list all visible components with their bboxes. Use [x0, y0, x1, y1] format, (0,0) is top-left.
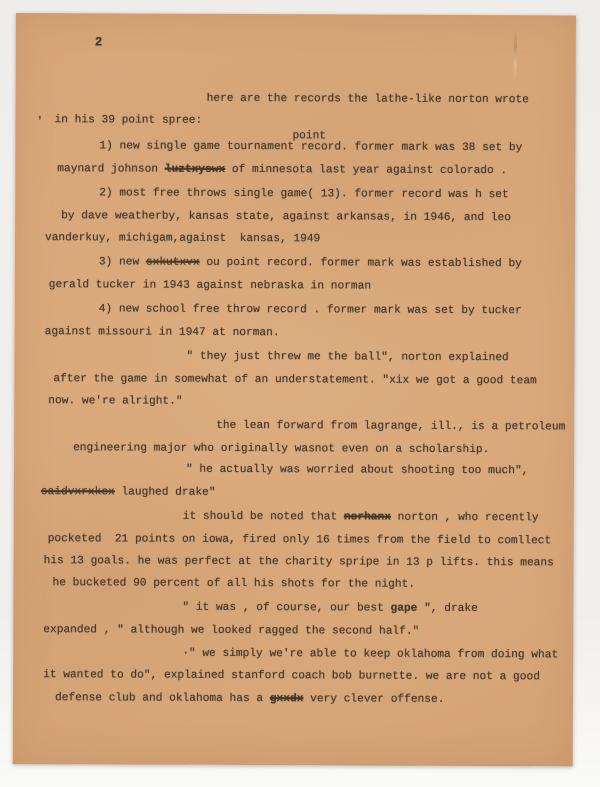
- struck-out-text: norhanx: [344, 511, 391, 523]
- typewritten-line: " they just threw me the ball", norton e…: [186, 351, 508, 364]
- typewritten-line: 3) new sxkutxvx ou point record. former …: [99, 256, 522, 270]
- text-segment: his 13 goals. he was perfect at the char…: [44, 555, 554, 569]
- typewritten-line: it should be noted that norhanx norton ,…: [183, 511, 539, 525]
- typewritten-line: it wanted to do", explained stanford coa…: [43, 669, 540, 683]
- typewritten-line: in his 39 point spree:: [55, 114, 203, 127]
- text-segment: the lean forward from lagrange, ill., is…: [216, 420, 565, 434]
- typewritten-line: maynard johnson luztxyswx of minnesota l…: [57, 163, 507, 177]
- typewritten-line: 2) most free throws single game( 13). fo…: [99, 187, 509, 201]
- typewritten-line: expanded , " although we looked ragged t…: [43, 624, 419, 638]
- struck-out-text: saidvxrxkex: [41, 486, 115, 498]
- text-segment: now. we're alright.": [48, 395, 182, 408]
- text-segment: pocketed 21 points on iowa, fired only 1…: [48, 533, 552, 547]
- struck-out-text: luztxyswx: [165, 164, 225, 176]
- typewritten-line: here are the records the lathe-like nort…: [207, 93, 529, 106]
- scan-background: 2 here are the records the lathe-like no…: [0, 0, 600, 787]
- text-segment: vanderkuy, michigam,against kansas, 1949: [45, 232, 320, 245]
- typewritten-line: pocketed 21 points on iowa, fired only 1…: [48, 533, 552, 547]
- typewritten-line: gerald tucker in 1943 against nebraska i…: [49, 279, 371, 292]
- typewritten-line: vanderkuy, michigam,against kansas, 1949: [45, 232, 320, 245]
- typewritten-line: ·" we simply we're able to keep oklahoma…: [182, 648, 558, 662]
- text-segment: here are the records the lathe-like nort…: [207, 93, 529, 106]
- text-segment: " it was , of course, our best: [182, 602, 390, 615]
- text-segment: by dave weatherby, kansas state, against…: [61, 210, 511, 224]
- typewritten-line: his 13 goals. he was perfect at the char…: [44, 555, 554, 569]
- struck-out-text: sxkutxvx: [146, 257, 200, 269]
- typewritten-line: " he actually was worried about shooting…: [186, 464, 528, 477]
- typewritten-line: saidvxrxkex laughed drake": [41, 486, 216, 499]
- text-segment: defense club and oklahoma has a: [55, 692, 270, 705]
- typewritten-line: defense club and oklahoma has a gxxdx ve…: [55, 692, 444, 706]
- text-segment: it wanted to do", explained stanford coa…: [43, 669, 540, 683]
- typewritten-line: the lean forward from lagrange, ill., is…: [216, 420, 565, 434]
- struck-out-text: gxxdx: [270, 693, 304, 705]
- text-segment: 2) most free throws single game( 13). fo…: [99, 187, 509, 201]
- margin-mark: ': [36, 116, 43, 128]
- typewritten-line: engineering major who originally wasnot …: [73, 442, 489, 456]
- text-segment: " they just threw me the ball", norton e…: [186, 351, 508, 364]
- text-segment: very clever offense.: [303, 693, 444, 706]
- typewritten-line: against missouri in 1947 at norman.: [45, 326, 280, 339]
- typewritten-line: " it was , of course, our best gape ", d…: [182, 602, 477, 615]
- text-segment: norton , who recently: [391, 512, 539, 525]
- text-segment: it should be noted that: [183, 511, 344, 524]
- paper-sheet: 2 here are the records the lathe-like no…: [13, 13, 576, 766]
- text-segment: in his 39 point spree:: [55, 114, 203, 127]
- text-segment: ': [36, 116, 43, 128]
- text-segment: ·" we simply we're able to keep oklahoma…: [182, 648, 558, 662]
- text-segment: " he actually was worried about shooting…: [186, 464, 528, 477]
- text-segment: against missouri in 1947 at norman.: [45, 326, 280, 339]
- text-segment: ", drake: [417, 603, 477, 615]
- text-segment: after the game in somewhat of an underst…: [53, 373, 536, 387]
- typewritten-line: 1) new single game tournament record. fo…: [99, 140, 522, 154]
- text-segment: he bucketed 90 percent of all his shots …: [52, 577, 415, 591]
- text-segment: engineering major who originally wasnot …: [73, 442, 489, 456]
- text-segment: gerald tucker in 1943 against nebraska i…: [49, 279, 371, 292]
- typewritten-line: after the game in somewhat of an underst…: [53, 373, 536, 387]
- text-segment: laughed drake": [115, 486, 216, 498]
- text-segment: ou point record. former mark was establi…: [200, 257, 522, 270]
- typewritten-line: he bucketed 90 percent of all his shots …: [52, 577, 415, 591]
- text-segment: expanded , " although we looked ragged t…: [43, 624, 419, 638]
- text-segment: 1) new single game tournament record. fo…: [99, 140, 522, 154]
- text-segment: gape: [391, 603, 418, 615]
- typewritten-line: now. we're alright.": [48, 395, 182, 408]
- typewritten-line: 4) new school free throw record . former…: [99, 303, 522, 317]
- text-segment: maynard johnson: [57, 163, 164, 175]
- text-layer: here are the records the lathe-like nort…: [13, 13, 576, 766]
- text-segment: 4) new school free throw record . former…: [99, 303, 522, 317]
- typewritten-line: by dave weatherby, kansas state, against…: [61, 210, 511, 224]
- text-segment: of minnesota last year against colorado …: [225, 164, 507, 177]
- text-segment: 3) new: [99, 256, 146, 268]
